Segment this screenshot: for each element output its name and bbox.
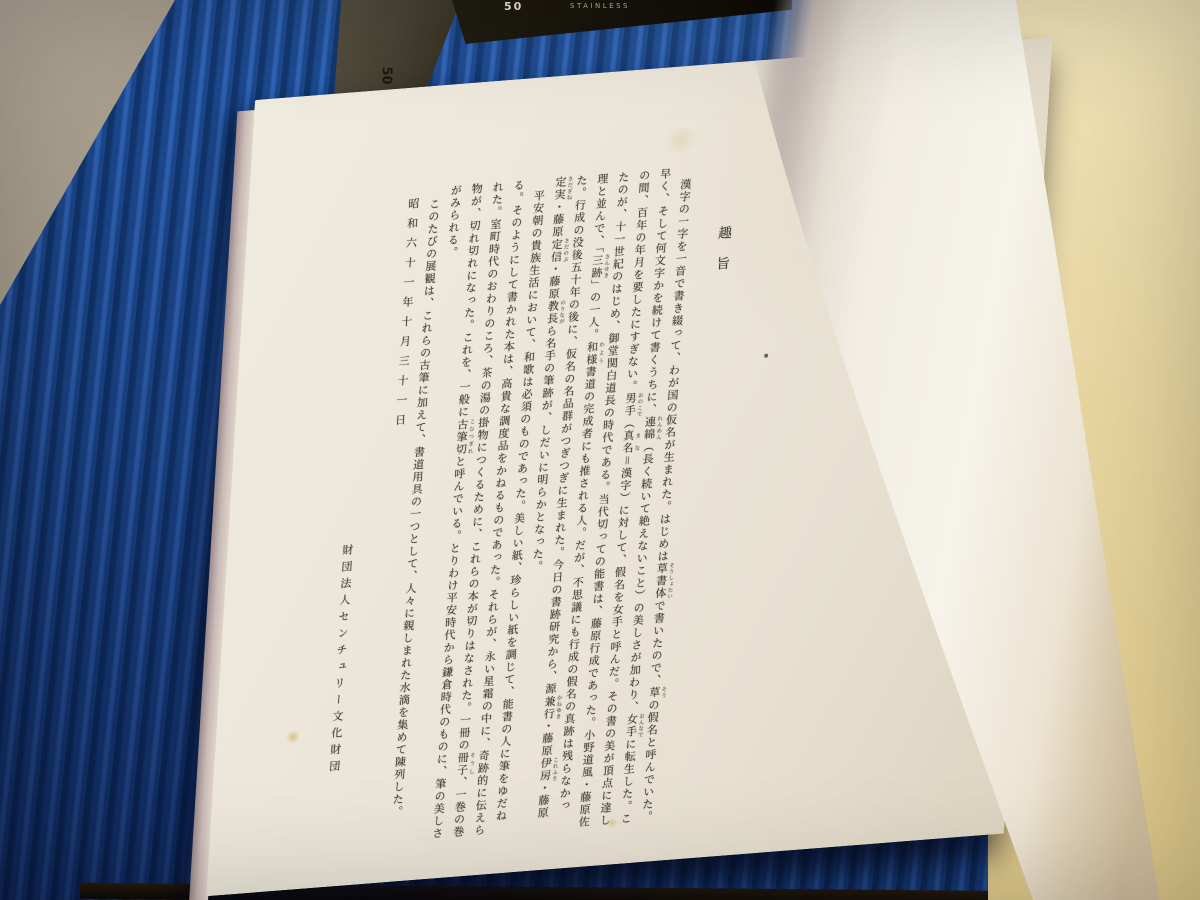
photo-scene: 50 50 STAINLESS 趣旨 漢字の一字を一音で書き綴って、わが国の仮名…: [0, 0, 1200, 900]
foxing-stain: [285, 729, 301, 744]
foxing-stain: [663, 125, 698, 154]
ruler-stainless-label: STAINLESS: [570, 2, 630, 10]
ruler-top-50-label: 50: [504, 0, 523, 13]
page-text-block: 趣旨 漢字の一字を一音で書き綴って、わが国の仮名が生まれた。はじめは草書体そうし…: [319, 162, 738, 849]
ink-fleck: [764, 354, 768, 358]
ruler-side-50-label: 50: [379, 66, 394, 84]
